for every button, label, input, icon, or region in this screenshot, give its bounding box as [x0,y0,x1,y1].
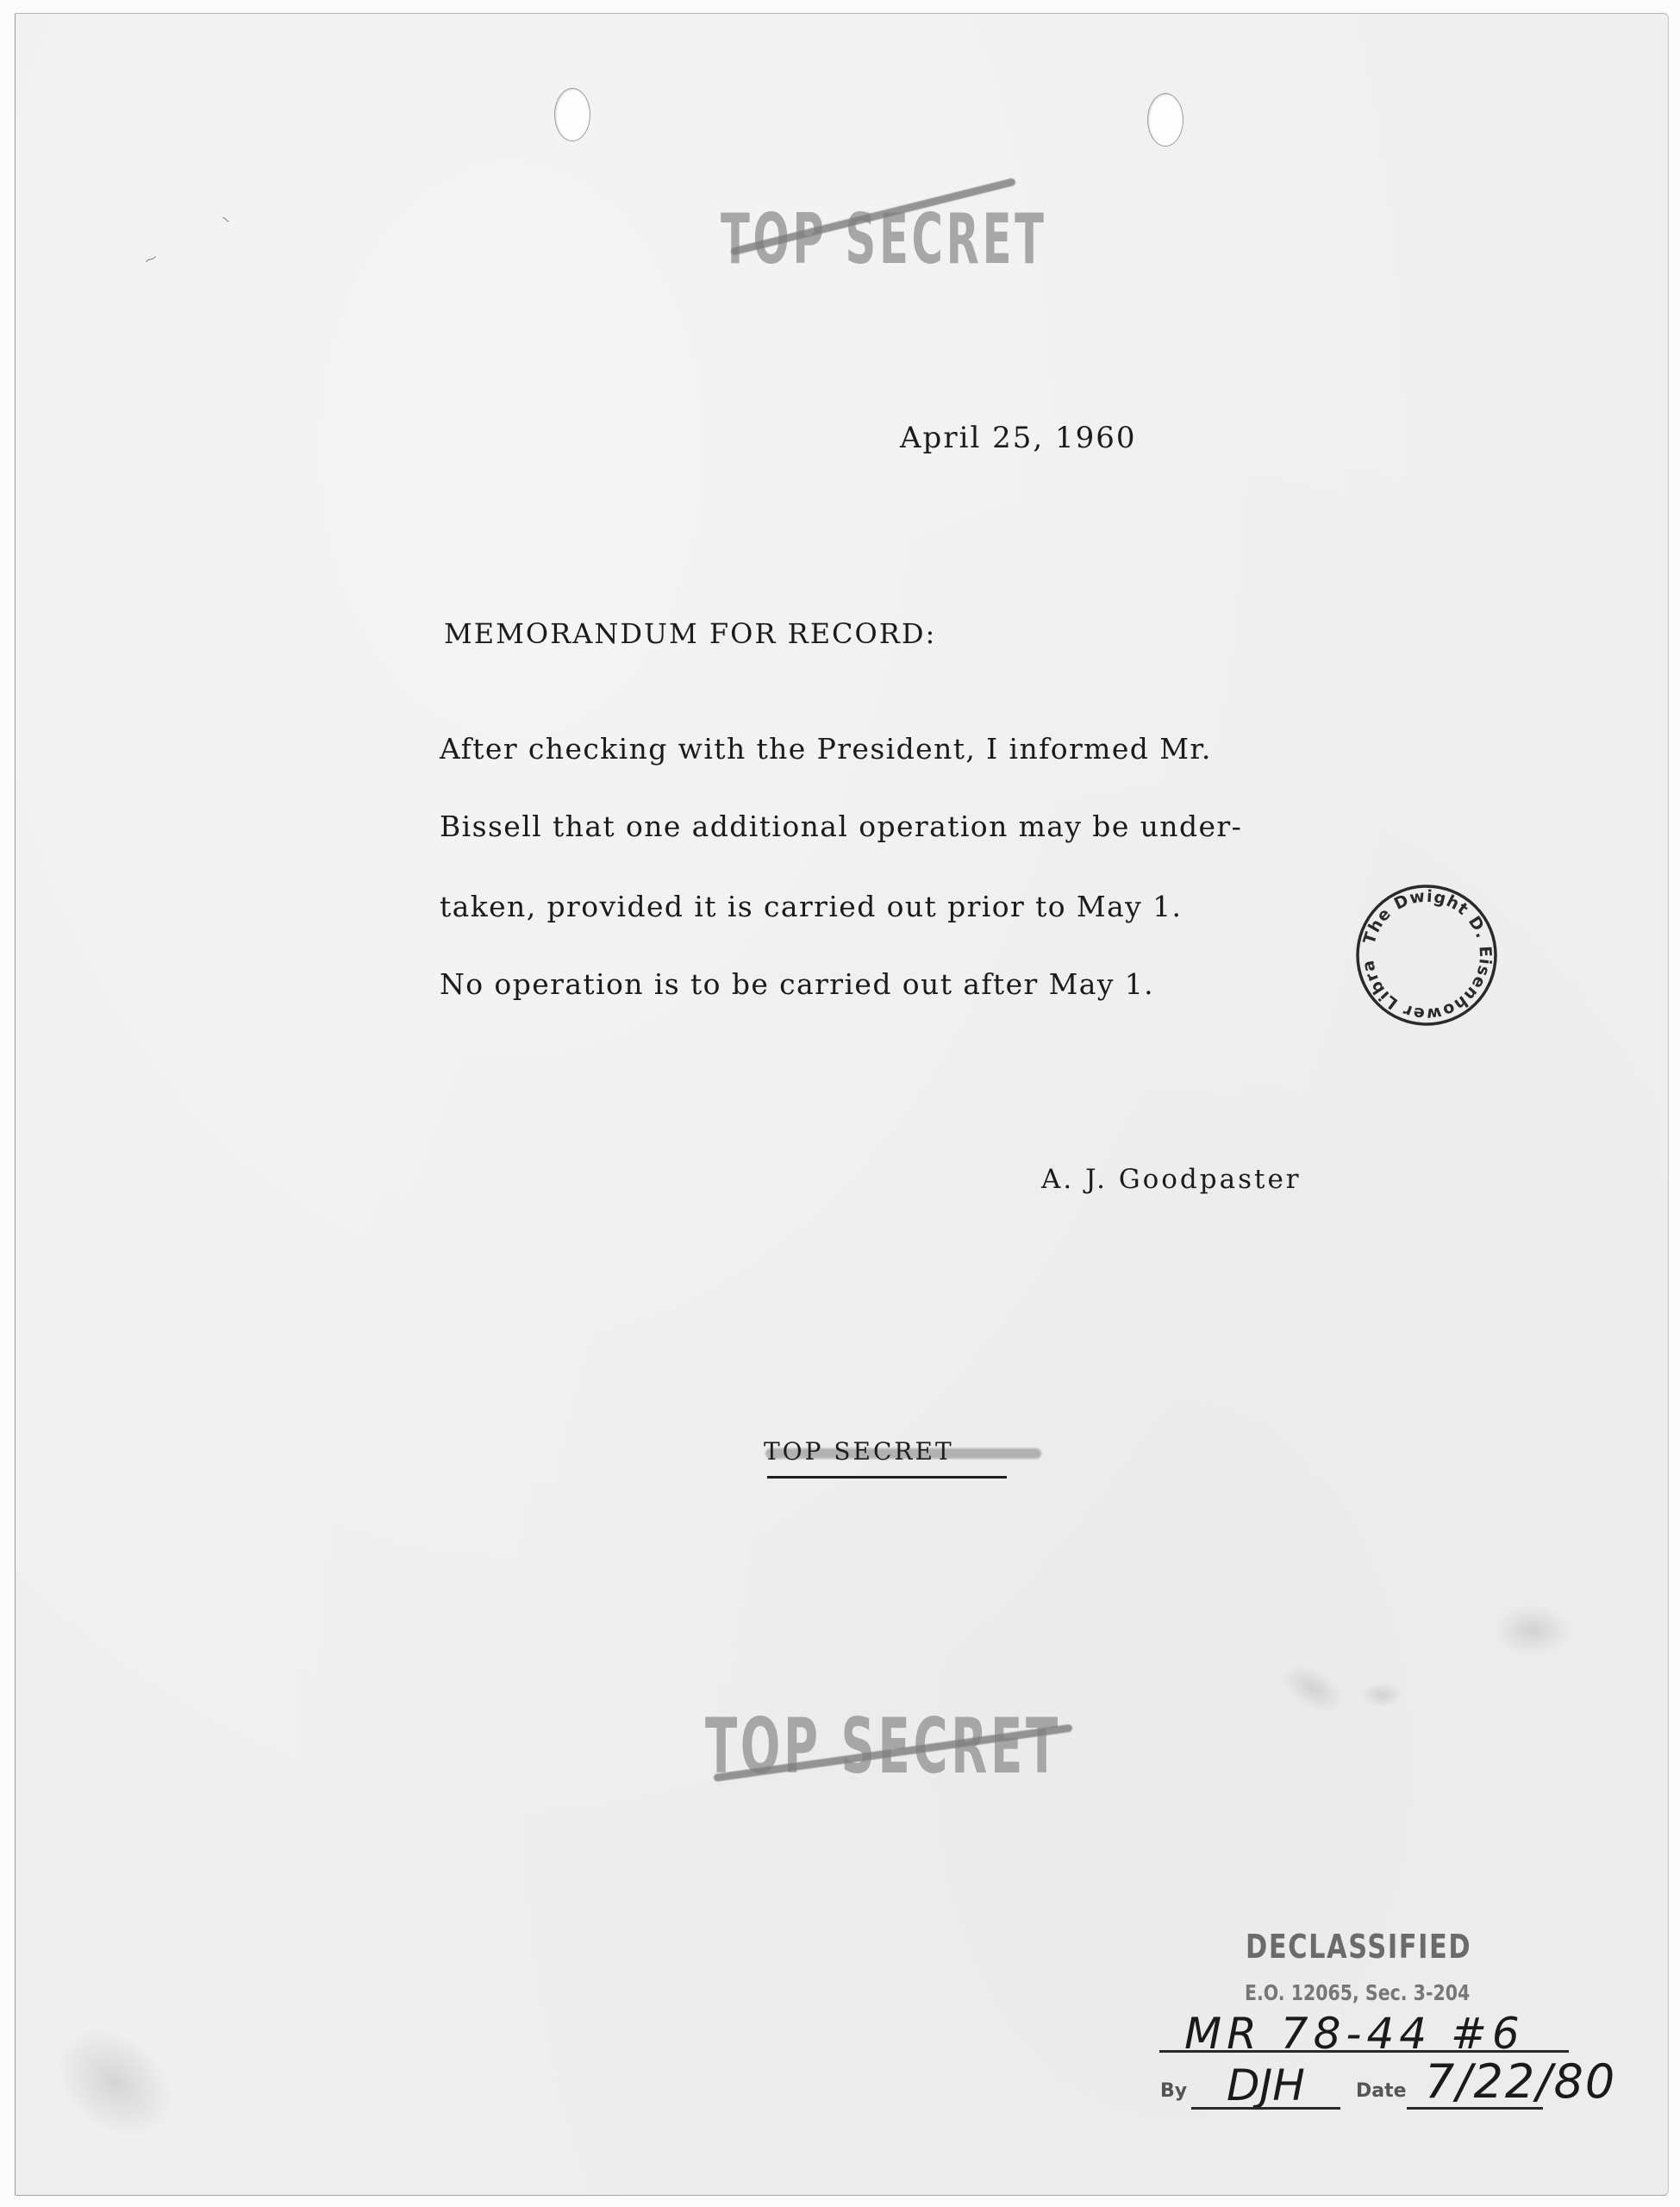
fingerprint-smudge [1360,1682,1403,1708]
memo-body-line: taken, provided it is carried out prior … [440,892,1182,921]
fingerprint-smudge [34,2005,195,2161]
memo-date: April 25, 1960 [900,423,1137,453]
eisenhower-library-stamp: The Dwight D. Eisenhower Library [1353,882,1500,1028]
punch-hole-left [554,88,590,141]
document-page: TOP SECRET April 25, 1960 MEMORANDUM FOR… [15,13,1669,2196]
punch-hole-right [1147,93,1183,147]
declassified-case-number: MR 78-44 #6 [1184,2012,1525,2055]
date-label: Date [1356,2082,1407,2101]
date-rule [1407,2107,1543,2110]
paper-mark: ~ [218,212,234,228]
underline [767,1476,1007,1479]
memo-title: MEMORANDUM FOR RECORD: [444,620,936,647]
memo-body-line: After checking with the President, I inf… [440,735,1212,763]
fingerprint-smudge [1273,1654,1352,1722]
declassified-date: 7/22/80 [1425,2059,1616,2105]
stamp-ring [1358,886,1496,1024]
declassified-authority: E.O. 12065, Sec. 3-204 [1245,1982,1470,2004]
declassified-by-initials: DJH [1227,2064,1305,2107]
paper-mark: ⁓ [143,252,159,268]
by-label: By [1160,2082,1187,2101]
memo-body-line: No operation is to be carried out after … [440,970,1154,998]
case-number-rule [1159,2050,1569,2053]
top-secret-typed-footer: TOP SECRET [764,1440,954,1464]
signature-name: A. J. Goodpaster [1041,1166,1302,1193]
fingerprint-smudge [1494,1604,1571,1656]
by-rule [1191,2107,1340,2110]
declassified-stamp-title: DECLASSIFIED [1246,1930,1471,1963]
memo-body-line: Bissell that one additional operation ma… [440,812,1242,841]
